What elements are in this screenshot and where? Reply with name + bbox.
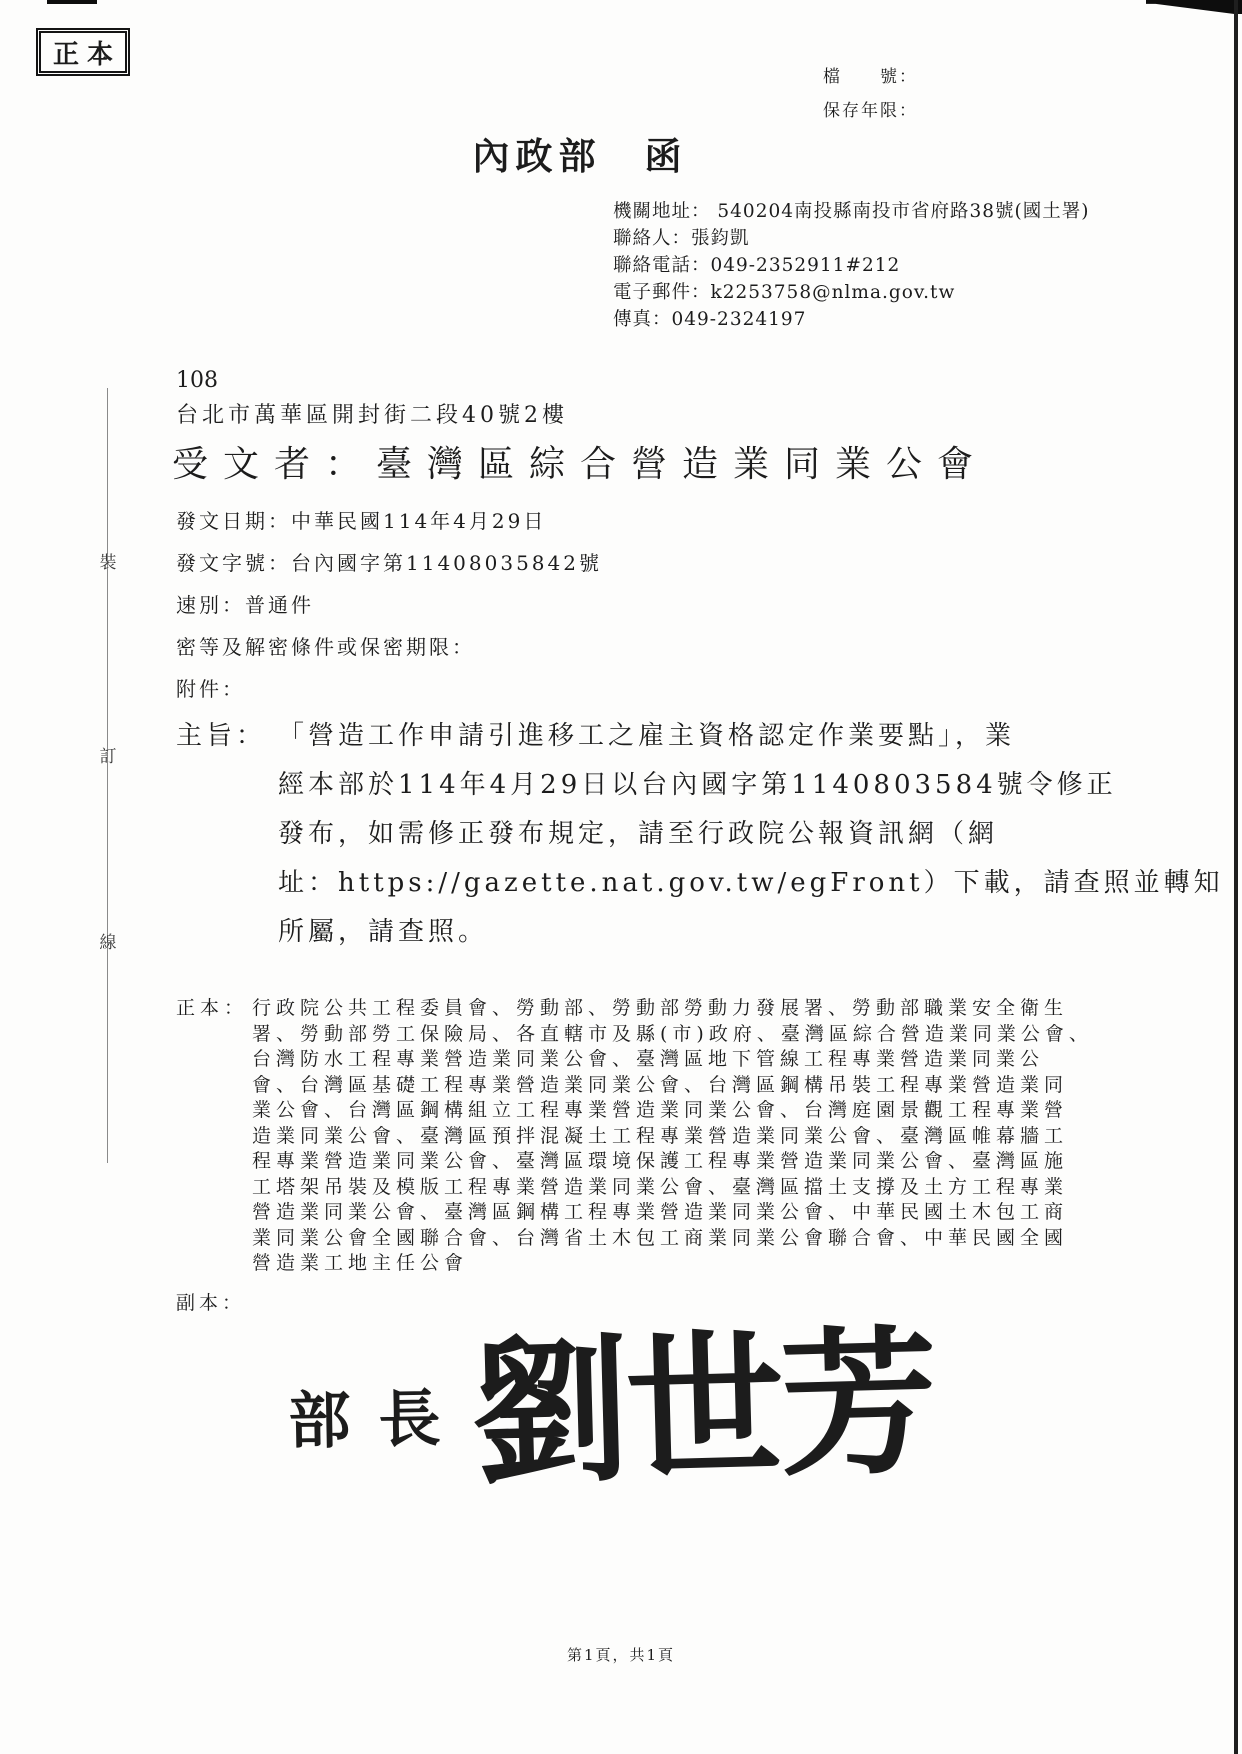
subject-line: 發布，如需修正發布規定，請至行政院公報資訊網（網 (278, 810, 1224, 859)
meta-speed-class: 速別：普通件 (176, 584, 602, 626)
meta-attachment: 附件： (176, 668, 602, 710)
copies-line: 台灣防水工程專業營造業同業公會、臺灣區地下管線工程專業營造業同業公 (252, 1047, 1093, 1073)
copies-to-block: 正本： 行政院公共工程委員會、勞動部、勞動部勞動力發展署、勞動部職業安全衛生 署… (176, 996, 1093, 1277)
sender-fax: 傳真：049-2324197 (613, 306, 1089, 333)
subject-line: 址：https://gazette.nat.gov.tw/egFront）下載，… (278, 859, 1224, 908)
recipient-address: 台北市萬華區開封街二段40號2樓 (176, 398, 568, 429)
retention-period-label: 保存年限： (823, 94, 918, 128)
copies-line: 會、台灣區基礎工程專業營造業同業公會、台灣區鋼構吊裝工程專業營造業同 (252, 1073, 1093, 1099)
copies-line: 行政院公共工程委員會、勞動部、勞動部勞動力發展署、勞動部職業安全衛生 (252, 996, 1093, 1022)
signature-title: 部長 (287, 1320, 469, 1460)
copies-line: 程專業營造業同業公會、臺灣區環境保護工程專業營造業同業公會、臺灣區施 (252, 1149, 1093, 1175)
meta-doc-number: 發文字號：台內國字第11408035842號 (176, 542, 602, 584)
scan-artifact-top-right (1146, 0, 1242, 14)
copies-line: 署、勞動部勞工保險局、各直轄市及縣(市)政府、臺灣區綜合營造業同業公會、 (252, 1022, 1093, 1048)
copies-line: 造業同業公會、臺灣區預拌混凝土工程專業營造業同業公會、臺灣區帷幕牆工 (252, 1124, 1093, 1150)
copies-line: 營造業工地主任公會 (252, 1251, 1093, 1277)
binding-mark: 線 (97, 928, 119, 953)
file-header: 檔 號： 保存年限： (823, 60, 918, 128)
sender-info: 機關地址： 540204南投縣南投市省府路38號(國土署) 聯絡人：張鈞凱 聯絡… (613, 198, 1089, 333)
copies-to-label: 正本： (176, 996, 252, 1277)
subject-label: 主旨： (176, 712, 278, 957)
signature-block: 部長 劉世芳 (288, 1322, 934, 1496)
sender-phone: 聯絡電話：049-2352911#212 (613, 252, 1089, 279)
document-title: 內政部 函 (0, 126, 1160, 180)
scan-artifact-right-edge (1234, 0, 1238, 1754)
recipient-line: 受文者：臺灣區綜合營造業同業公會 (172, 436, 988, 487)
copies-line: 業同業公會全國聯合會、台灣省土木包工商業同業公會聯合會、中華民國全國 (252, 1226, 1093, 1252)
subject-body: 「營造工作申請引進移工之雇主資格認定作業要點」，業 經本部於114年4月29日以… (278, 712, 1224, 957)
binding-line (107, 388, 108, 1163)
copies-line: 營造業同業公會、臺灣區鋼構工程專業營造業同業公會、中華民國土木包工商 (252, 1200, 1093, 1226)
signature-name: 劉世芳 (470, 1316, 936, 1502)
binding-mark: 裝 (97, 548, 119, 573)
subject-line: 經本部於114年4月29日以台內國字第1140803584號令修正 (278, 761, 1224, 810)
subject-line: 所屬，請查照。 (278, 908, 1224, 957)
document-page: 正本 檔 號： 保存年限： 內政部 函 機關地址： 540204南投縣南投市省府… (0, 0, 1242, 1754)
document-metadata: 發文日期：中華民國114年4月29日 發文字號：台內國字第11408035842… (176, 500, 602, 710)
copies-line: 業公會、台灣區鋼構組立工程專業營造業同業公會、台灣庭園景觀工程專業營 (252, 1098, 1093, 1124)
sender-email: 電子郵件：k2253758@nlma.gov.tw (613, 279, 1089, 306)
page-footer: 第1頁，共1頁 (0, 1644, 1242, 1665)
recipient-zip: 108 (176, 368, 218, 393)
sender-contact-person: 聯絡人：張鈞凱 (613, 225, 1089, 252)
scan-artifact-top-left (47, 0, 97, 4)
original-copy-stamp-label: 正本 (53, 34, 121, 71)
file-number-label: 檔 號： (823, 60, 918, 94)
subject-line: 「營造工作申請引進移工之雇主資格認定作業要點」，業 (278, 712, 1224, 761)
copies-line: 工塔架吊裝及模版工程專業營造業同業公會、臺灣區擋土支撐及土方工程專業 (252, 1175, 1093, 1201)
binding-mark: 訂 (97, 742, 119, 767)
original-copy-stamp: 正本 (36, 28, 130, 76)
meta-issue-date: 發文日期：中華民國114年4月29日 (176, 500, 602, 542)
sender-address: 機關地址： 540204南投縣南投市省府路38號(國土署) (613, 198, 1089, 225)
copies-to-body: 行政院公共工程委員會、勞動部、勞動部勞動力發展署、勞動部職業安全衛生 署、勞動部… (252, 996, 1093, 1277)
cc-label: 副本： (176, 1288, 245, 1315)
meta-security-class: 密等及解密條件或保密期限： (176, 626, 602, 668)
subject-block: 主旨： 「營造工作申請引進移工之雇主資格認定作業要點」，業 經本部於114年4月… (176, 712, 1224, 957)
